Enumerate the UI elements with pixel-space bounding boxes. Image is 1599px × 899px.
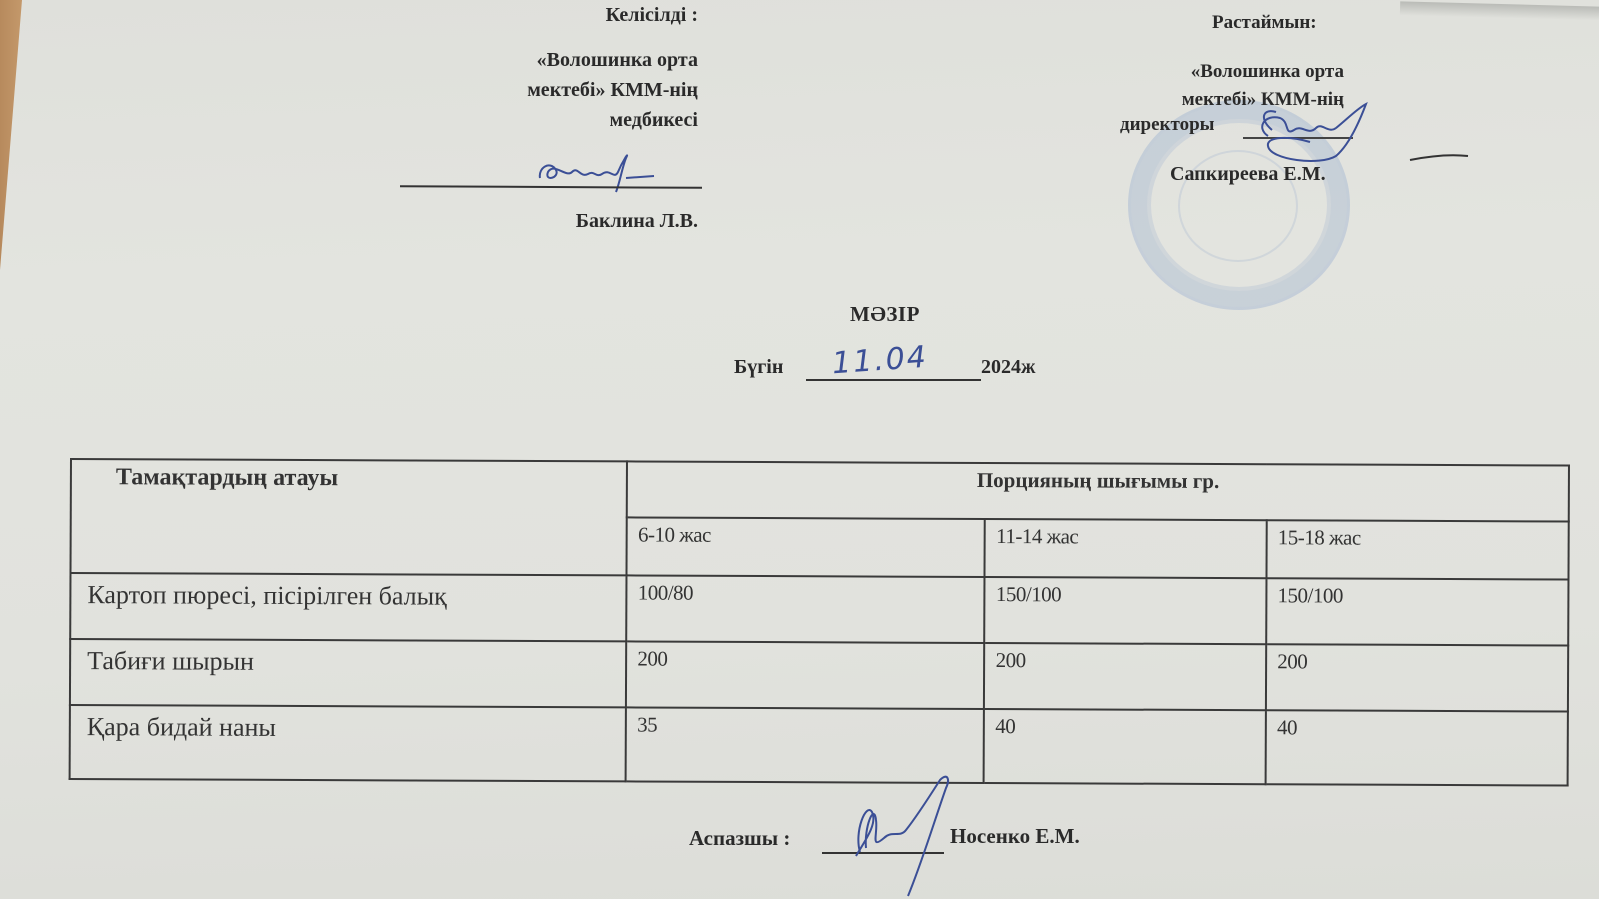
date-label: Бүгін — [734, 356, 783, 379]
nurse-name: Баклина Л.В. — [500, 210, 698, 233]
table-row: Қара бидай наны 35 40 40 — [70, 705, 1568, 786]
approved-heading: Растаймын: — [1212, 12, 1317, 34]
age-group-header: 6-10 жас — [627, 517, 985, 577]
column-header-name: Тамақтардың атауы — [70, 459, 627, 575]
portion-value: 200 — [1266, 644, 1568, 711]
agreed-position: медбикесі — [438, 105, 698, 135]
date-year: 2024ж — [981, 356, 1036, 379]
approved-position: директоры — [1120, 114, 1215, 136]
portion-value: 150/100 — [1266, 578, 1568, 645]
table-row: Табиғи шырын 200 200 200 — [70, 639, 1568, 712]
portion-value: 150/100 — [985, 577, 1267, 644]
page-title: МӘЗІР — [850, 302, 920, 327]
portion-value: 40 — [984, 709, 1266, 784]
agreed-organization: «Волошинка орта мектебі» КММ-нің медбике… — [438, 45, 698, 135]
portion-value: 40 — [1266, 710, 1568, 785]
dish-name: Табиғи шырын — [70, 639, 627, 707]
approved-org-line1: «Волошинка орта — [1110, 58, 1344, 86]
date-line — [806, 379, 981, 381]
cook-signature-icon — [830, 772, 970, 899]
agreed-org-line2: мектебі» КММ-нің — [438, 75, 698, 105]
document-photo: Келісілді : «Волошинка орта мектебі» КММ… — [0, 0, 1599, 899]
dish-name: Қара бидай наны — [70, 705, 627, 781]
table-header-row: Тамақтардың атауы Порцияның шығымы гр. — [71, 459, 1569, 522]
portion-value: 100/80 — [627, 575, 985, 643]
table-row: Картоп пюресі, пісірілген балық 100/80 1… — [70, 573, 1568, 646]
agreed-heading: Келісілді : — [606, 0, 698, 30]
dish-name: Картоп пюресі, пісірілген балық — [70, 573, 627, 641]
date-handwritten: 11.04 — [831, 340, 929, 382]
age-group-header: 15-18 жас — [1267, 520, 1569, 579]
cook-name: Носенко Е.М. — [950, 824, 1080, 849]
director-name: Сапкиреева Е.М. — [1170, 163, 1326, 186]
column-header-portion: Порцияның шығымы гр. — [627, 461, 1569, 521]
portion-value: 200 — [984, 643, 1266, 710]
agreed-org-line1: «Волошинка орта — [438, 45, 698, 75]
menu-table: Тамақтардың атауы Порцияның шығымы гр. 6… — [69, 458, 1570, 787]
cook-label: Аспазшы : — [689, 826, 790, 851]
portion-value: 200 — [626, 641, 984, 709]
nurse-signature-icon — [530, 148, 660, 198]
age-group-header: 11-14 жас — [985, 519, 1267, 578]
